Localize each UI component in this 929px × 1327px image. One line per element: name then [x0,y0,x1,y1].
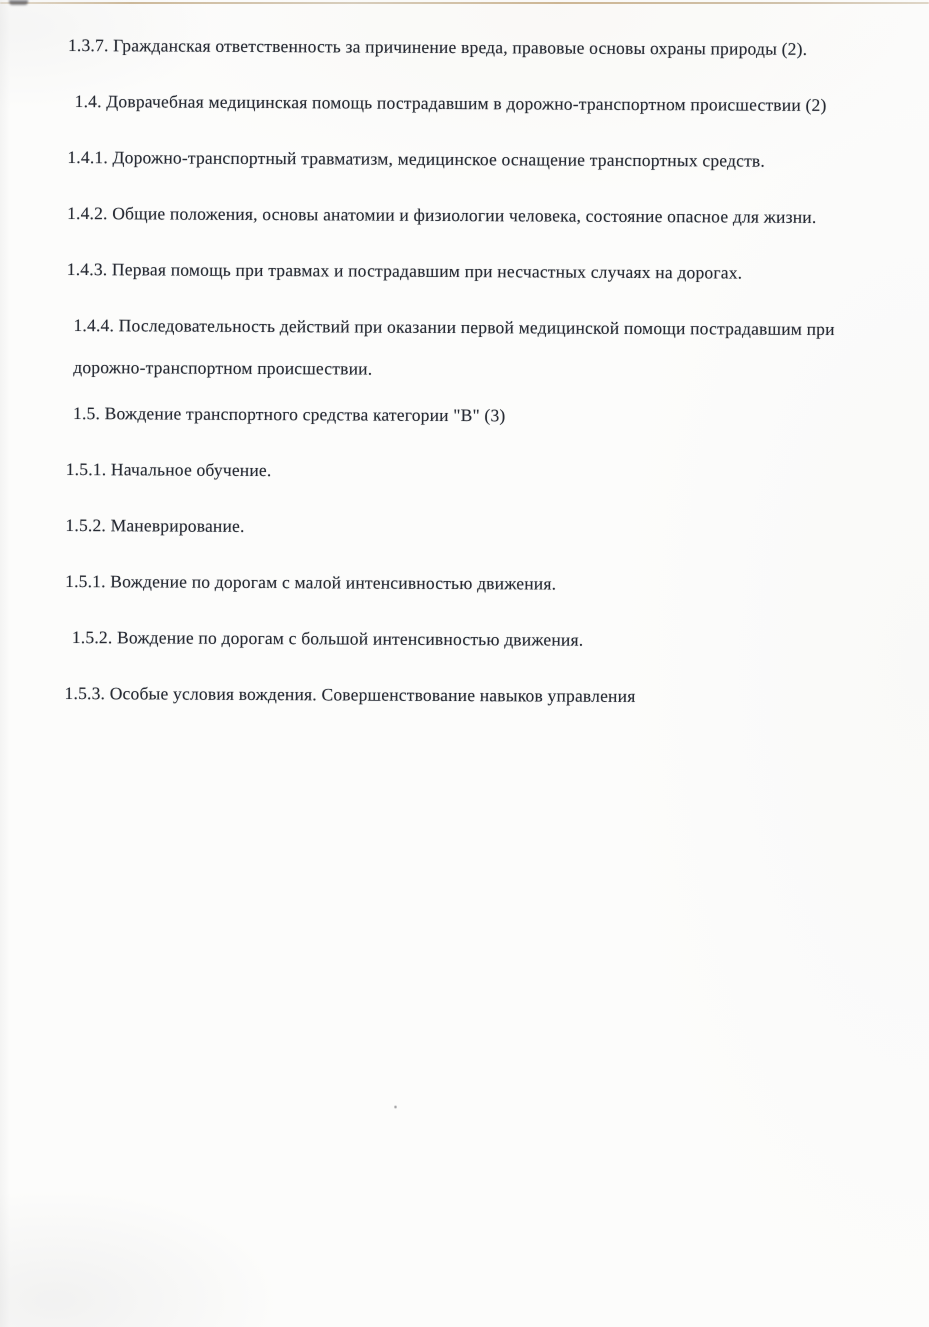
curriculum-item-1-4-4: 1.4.4. Последовательность действий при о… [66,304,887,392]
curriculum-item-1-5: 1.5. Вождение транспортного средства кат… [66,392,887,438]
curriculum-item-1-5-1: 1.5.1. Начальное обучение. [66,448,887,494]
document-content: 1.3.7. Гражданская ответственность за пр… [0,0,929,732]
paper-speck [394,1105,397,1109]
scanned-document-page: 1.3.7. Гражданская ответственность за пр… [0,0,929,1327]
curriculum-item-1-5-1b: 1.5.1. Вождение по дорогам с малой интен… [65,560,886,606]
curriculum-item-1-4-1: 1.4.1. Дорожно-транспортный травматизм, … [67,136,888,182]
curriculum-item-1-4: 1.4. Доврачебная медицинская помощь пост… [68,80,889,126]
curriculum-item-1-5-3: 1.5.3. Особые условия вождения. Совершен… [64,672,885,718]
curriculum-item-1-4-3: 1.4.3. Первая помощь при травмах и постр… [67,248,888,294]
curriculum-item-1-3-7: 1.3.7. Гражданская ответственность за пр… [68,24,889,70]
curriculum-item-1-4-2: 1.4.2. Общие положения, основы анатомии … [67,192,888,238]
curriculum-item-1-5-2b: 1.5.2. Вождение по дорогам с большой инт… [65,616,886,662]
curriculum-item-1-5-2: 1.5.2. Маневрирование. [65,504,886,550]
